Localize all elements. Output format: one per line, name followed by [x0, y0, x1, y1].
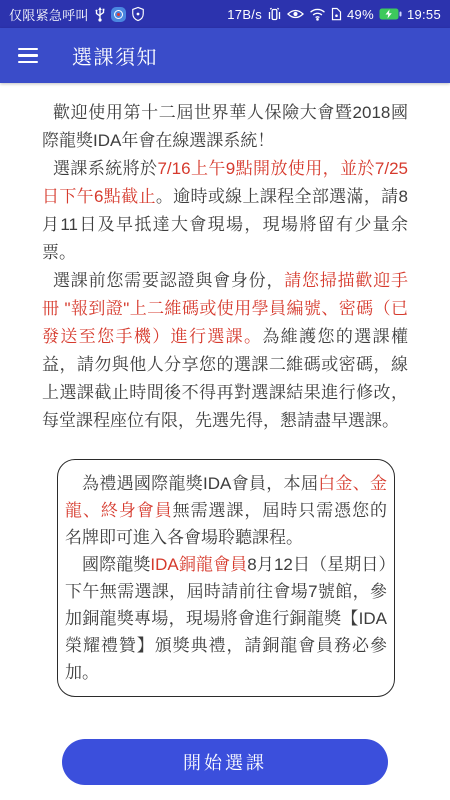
box-paragraphs: 為禮遇國際龍獎IDA會員，本屆白金、金龍、終身會員無需選課，屆時只需憑您的名牌即…	[65, 470, 387, 686]
vip-notice-box: 為禮遇國際龍獎IDA會員，本屆白金、金龍、終身會員無需選課，屆時只需憑您的名牌即…	[57, 459, 395, 697]
start-course-selection-button[interactable]: 開始選課	[62, 739, 388, 785]
notice-paragraph: 選課前您需要認證與會身份，請您掃描歡迎手冊 "報到證"上二維碼或使用學員編號、密…	[42, 267, 408, 435]
shield-security-icon	[131, 6, 145, 22]
page-title: 選課須知	[72, 41, 158, 70]
battery-charging-icon	[379, 8, 402, 20]
clock-text: 19:55	[407, 7, 441, 22]
hamburger-menu-icon[interactable]	[18, 48, 38, 64]
notice-paragraph: 選課系統將於7/16上午9點開放使用，並於7/25日下午6點截止。逾時或線上課程…	[42, 155, 408, 267]
status-bar: 仅限紧急呼叫 17B/s	[0, 0, 450, 28]
vibrate-icon	[267, 7, 282, 22]
battery-percent-text: 49%	[347, 7, 374, 22]
notice-paragraphs: 歡迎使用第十二屆世界華人保險大會暨2018國際龍獎IDA年會在線選課系統！選課系…	[42, 99, 408, 435]
carrier-status-text: 仅限紧急呼叫	[9, 5, 89, 24]
notice-paragraph: 國際龍獎IDA銅龍會員8月12日（星期日）下午無需選課，屆時請前往會場7號館，參…	[65, 551, 387, 686]
phone-screen: 仅限紧急呼叫 17B/s	[0, 0, 450, 800]
network-speed-text: 17B/s	[227, 7, 262, 22]
usb-icon	[94, 6, 106, 22]
notice-paragraph: 為禮遇國際龍獎IDA會員，本屆白金、金龍、終身會員無需選課，屆時只需憑您的名牌即…	[65, 470, 387, 551]
notice-content: 歡迎使用第十二屆世界華人保險大會暨2018國際龍獎IDA年會在線選課系統！選課系…	[0, 83, 450, 785]
wifi-icon	[309, 8, 326, 21]
sim-card-icon	[331, 7, 342, 21]
app-bar: 選課須知	[0, 28, 450, 83]
screen-record-app-icon	[111, 7, 126, 22]
notice-paragraph: 歡迎使用第十二屆世界華人保險大會暨2018國際龍獎IDA年會在線選課系統！	[42, 99, 408, 155]
eye-protection-icon	[287, 8, 304, 20]
